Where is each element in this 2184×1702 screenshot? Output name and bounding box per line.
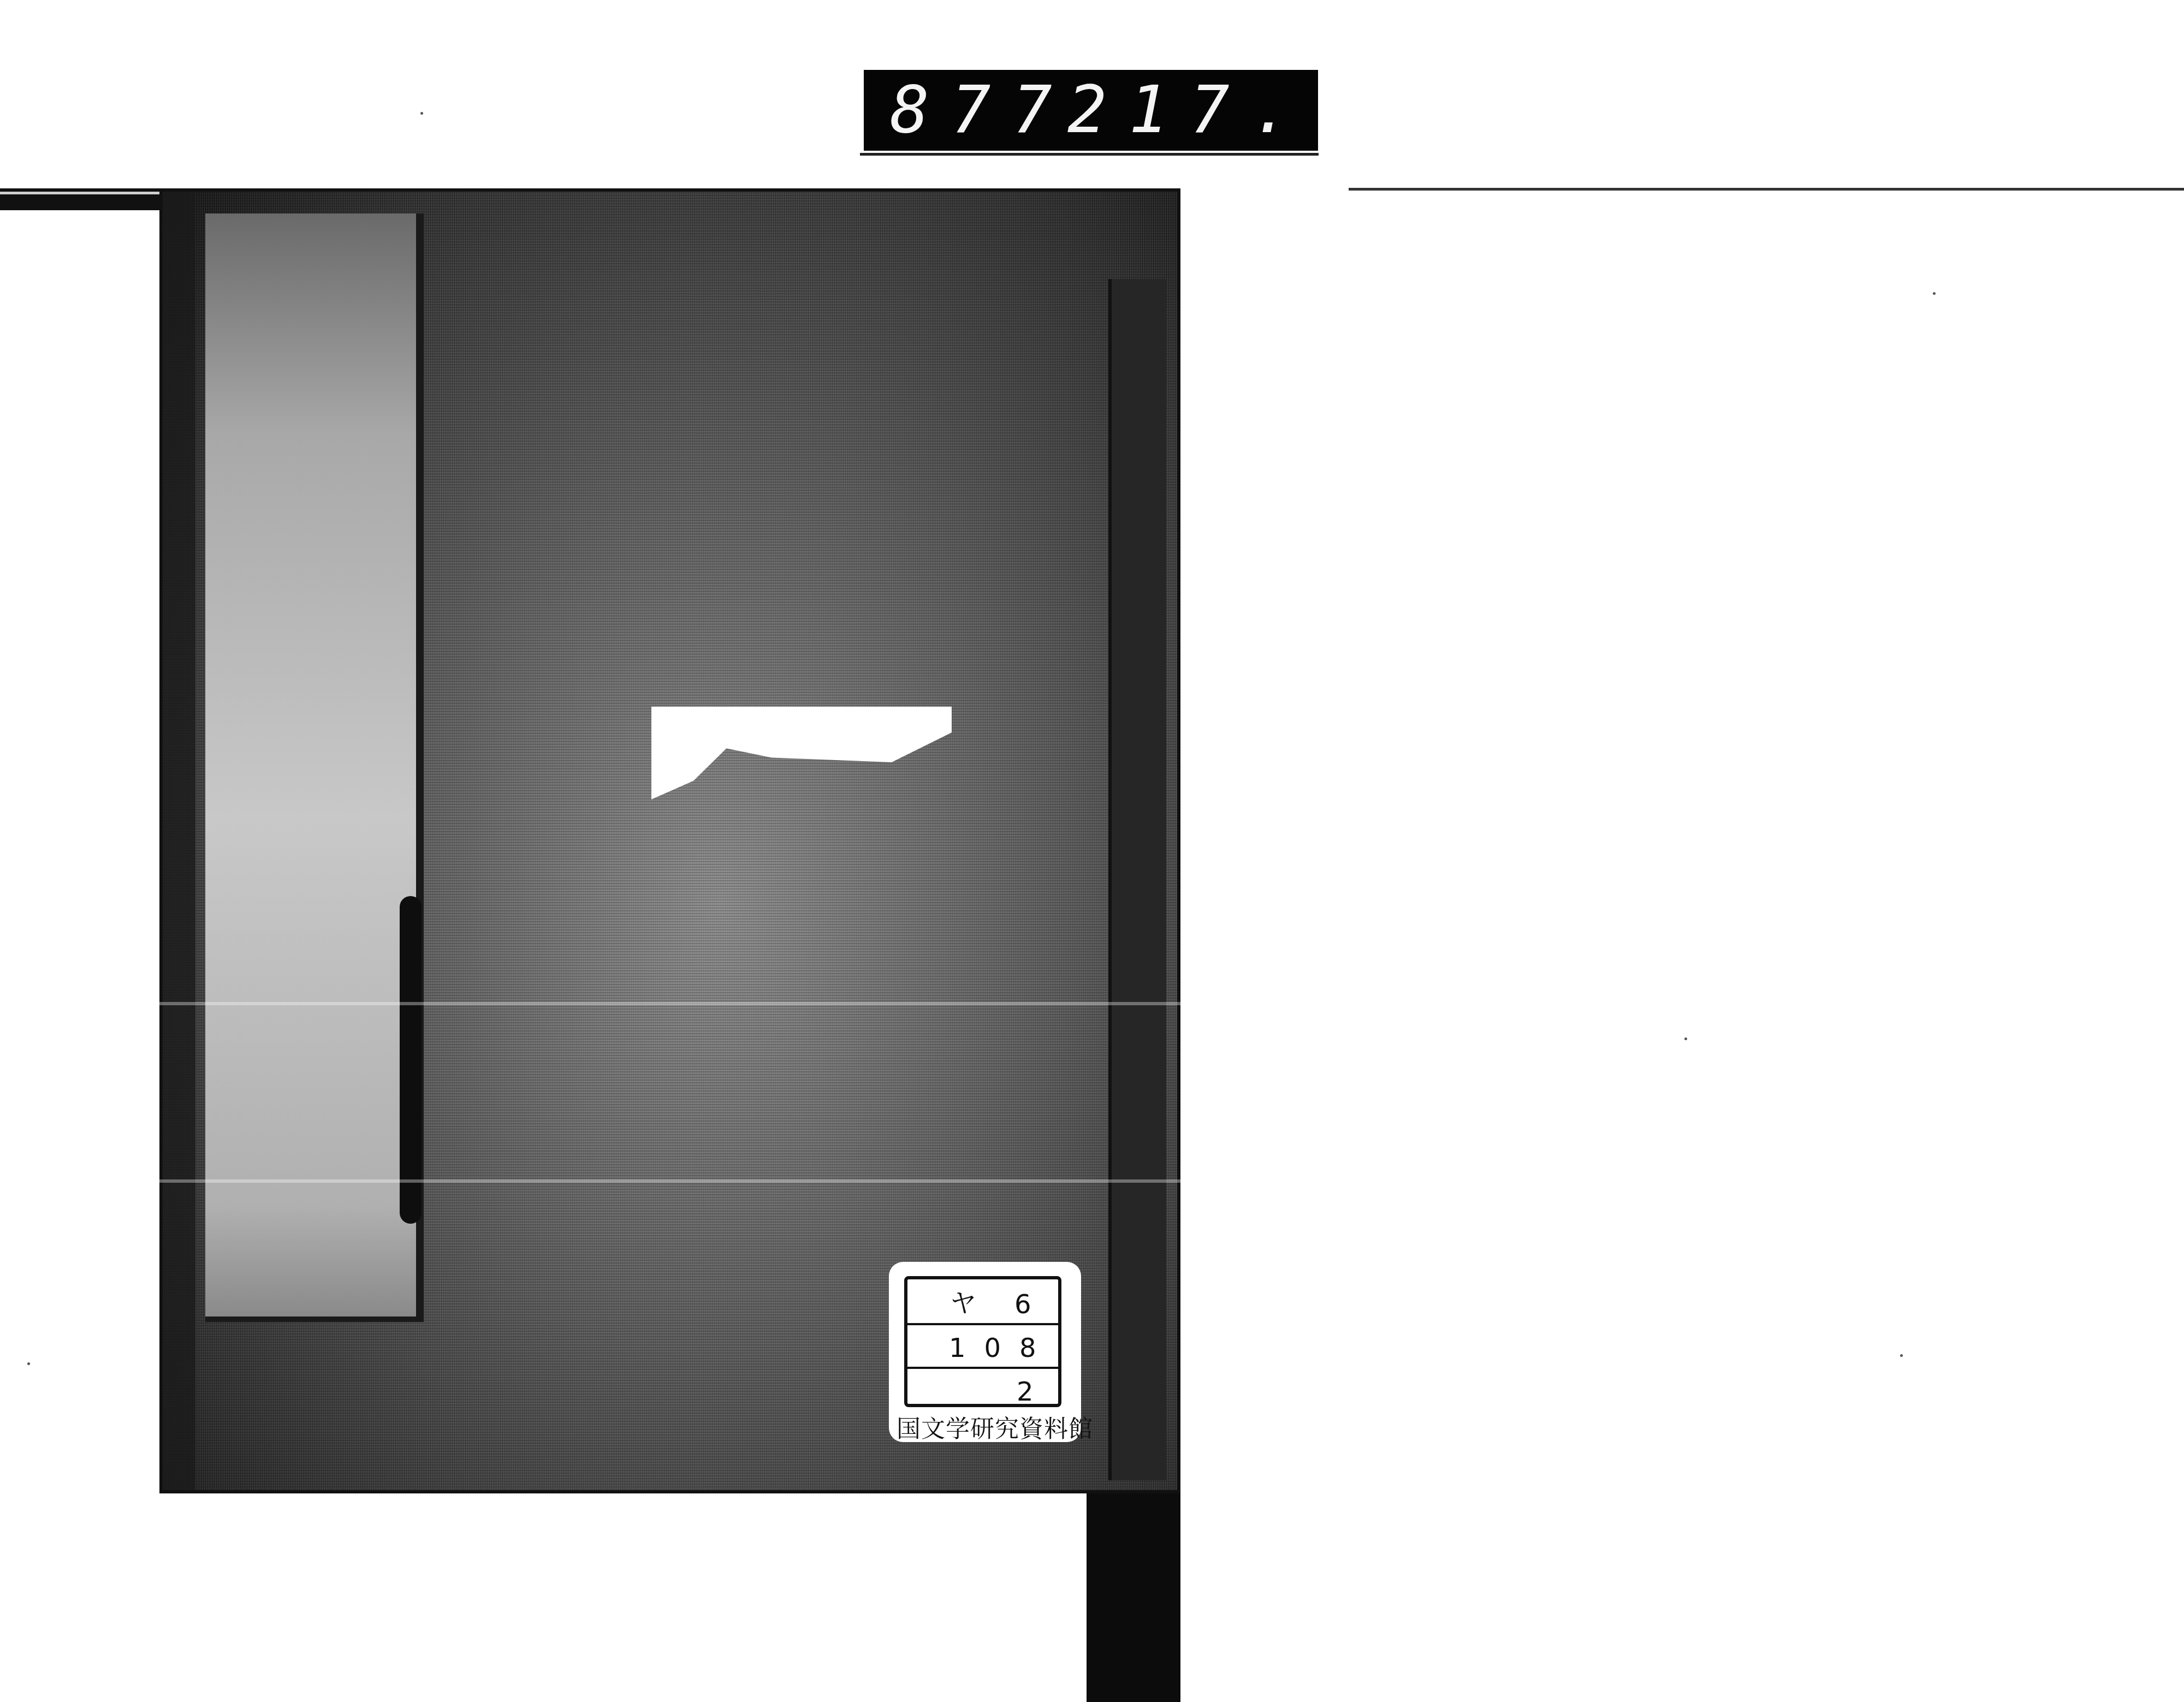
- dust-speck: [420, 112, 423, 115]
- dust-speck: [1900, 1354, 1903, 1357]
- torn-cover-patch: [651, 707, 952, 799]
- label-row-3: 2: [907, 1367, 1058, 1410]
- cover-flap: [1087, 1493, 1180, 1702]
- film-edge-highlight: [0, 192, 164, 194]
- dust-speck: [27, 1362, 30, 1365]
- reel-number: 877: [890, 70, 1074, 151]
- label-shelf-number: 6: [1014, 1289, 1031, 1320]
- title-slip-tear: [400, 896, 422, 1224]
- dust-speck: [1933, 292, 1936, 295]
- library-call-number-label: ヤ 6 108 2 国文学研究資料館: [889, 1262, 1081, 1442]
- spine-edge: [1108, 279, 1166, 1480]
- label-institution: 国文学研究資料館: [897, 1409, 1073, 1444]
- dust-speck: [1684, 1037, 1687, 1040]
- book-cover: ヤ 6 108 2 国文学研究資料館: [159, 188, 1180, 1493]
- scan-artifact-line: [159, 1002, 1180, 1005]
- label-call-number: 108: [949, 1333, 1055, 1363]
- binding-edge-shadow: [163, 192, 195, 1490]
- frame-counter: 877 217.: [864, 70, 1318, 151]
- title-slip: [205, 214, 424, 1322]
- frame-number: 217.: [1067, 70, 1313, 151]
- label-volume: 2: [1017, 1377, 1034, 1407]
- scan-artifact-line: [159, 1179, 1180, 1183]
- counter-underline: [860, 153, 1319, 156]
- call-number-box: ヤ 6 108 2: [904, 1276, 1061, 1407]
- label-row-1: ヤ 6: [907, 1279, 1058, 1325]
- film-edge-right: [1349, 188, 2184, 191]
- label-row-2: 108: [907, 1323, 1058, 1369]
- label-kana: ヤ: [950, 1282, 976, 1320]
